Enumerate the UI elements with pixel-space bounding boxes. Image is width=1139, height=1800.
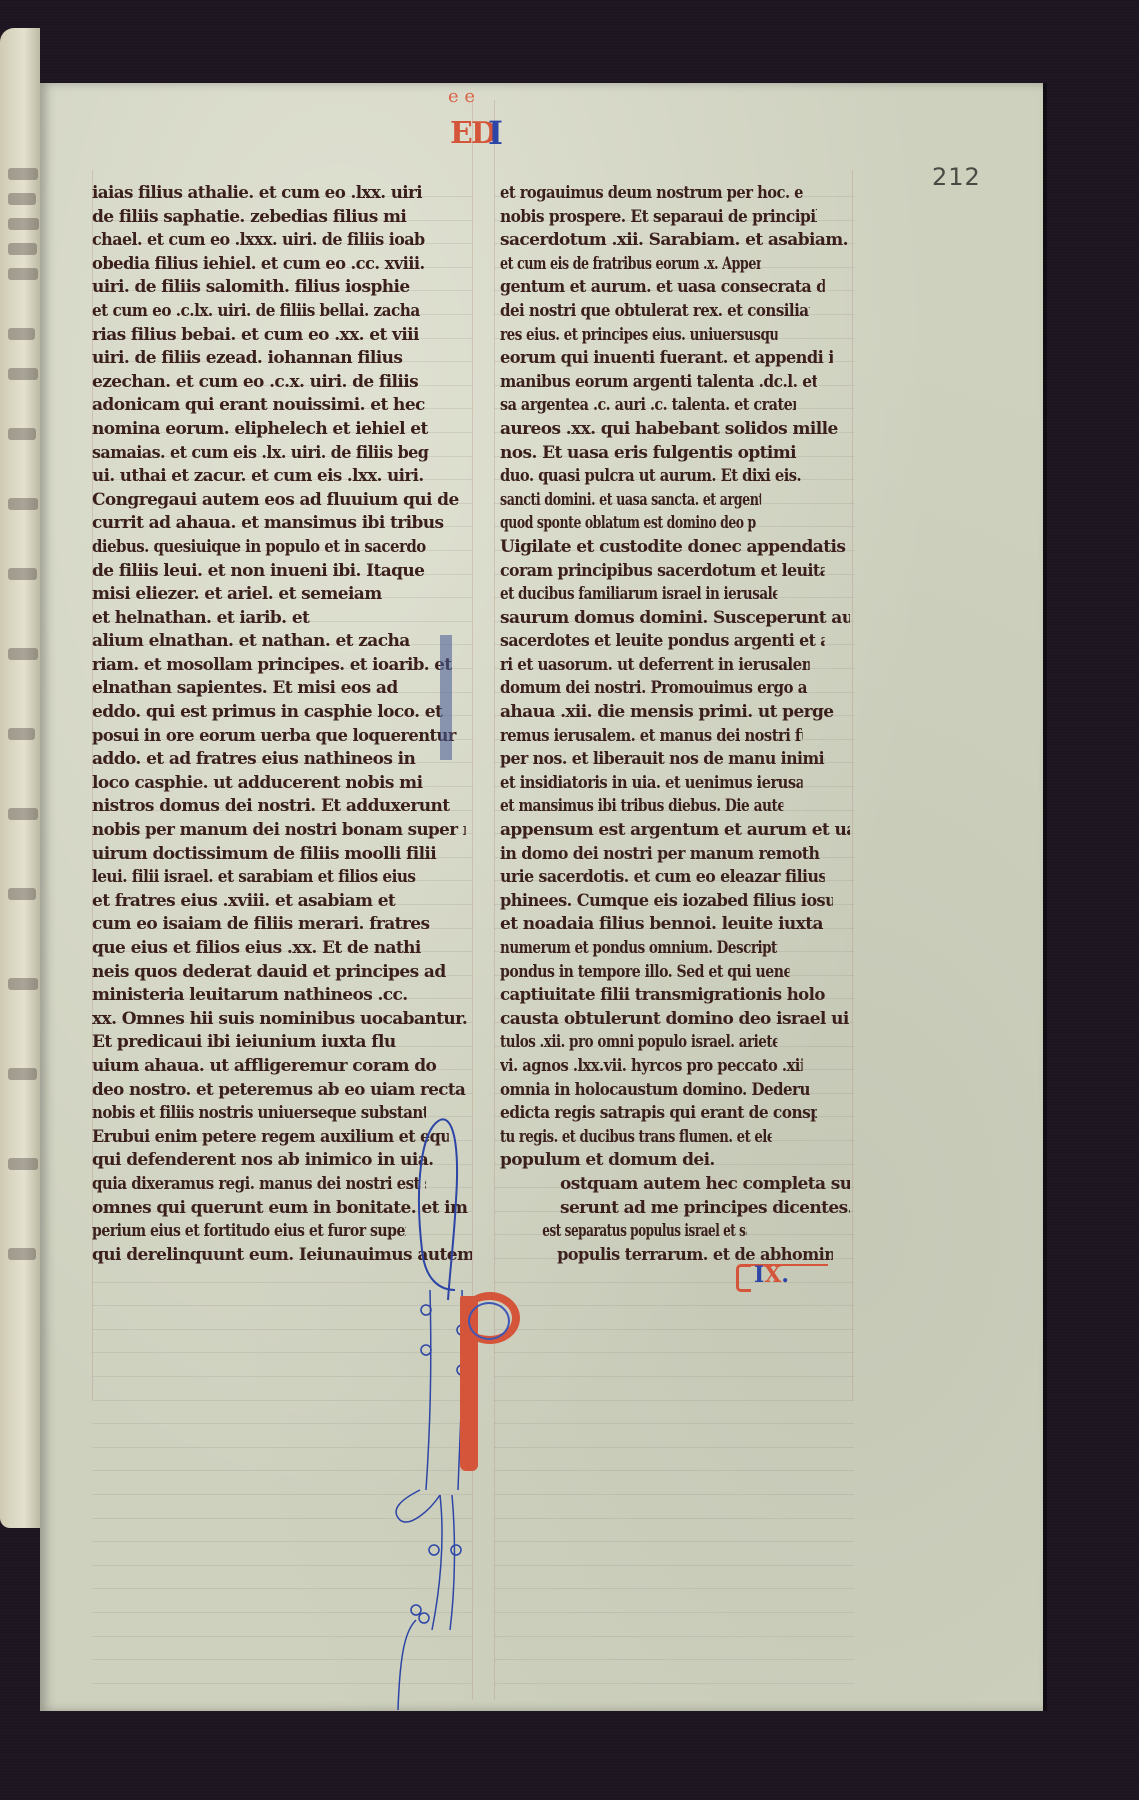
text-line: captiuitate filii transmigrationis holo [500, 984, 841, 1008]
text-line: nistros domus dei nostri. Et adduxerunt [92, 795, 472, 819]
text-line: ui. uthai et zacur. et cum eis .lxx. uir… [92, 465, 466, 489]
text-line: quod sponte oblatum est domino deo patru… [500, 512, 756, 536]
text-line: perium eius et fortitudo eius et furor s… [92, 1220, 406, 1244]
text-line: domum dei nostri. Promouimus ergo a flum… [500, 677, 810, 701]
text-line: causta obtulerunt domino deo israel ui [500, 1008, 850, 1032]
text-line: alium elnathan. et nathan. et zacha [92, 630, 472, 654]
text-line: chael. et cum eo .lxxx. uiri. de filiis … [92, 229, 449, 253]
text-line: nomina eorum. eliphelech et iehiel et [92, 418, 472, 442]
text-line: sancti domini. et uasa sancta. et argent… [500, 489, 761, 513]
text-line: numerum et pondus omnium. Descriptumque … [500, 937, 777, 961]
text-line: vi. agnos .lxx.vii. hyrcos pro peccato .… [500, 1055, 803, 1079]
text-line: leui. filii israel. et sarabiam et filio… [92, 866, 433, 890]
text-line: elnathan sapientes. Et misi eos ad [92, 677, 472, 701]
ruling-horizontal [494, 1447, 854, 1448]
text-line: coram principibus sacerdotum et leuitaru… [500, 560, 825, 584]
text-line: cum eo isaiam de filiis merari. fratres [92, 913, 472, 937]
text-line: adonicam qui erant nouissimi. et hec [92, 394, 472, 418]
blue-paragraph-bar [440, 635, 452, 760]
text-line: et cum eo .c.lx. uiri. de filiis bellai.… [92, 300, 433, 324]
text-line: saurum domus domini. Susceperunt autem [500, 607, 850, 631]
text-line: ezechan. et cum eo .c.x. uiri. de filiis [92, 371, 472, 395]
text-line: res eius. et principes eius. uniuersusqu… [500, 324, 777, 348]
text-line: xx. Omnes hii suis nominibus uocabantur. [92, 1008, 472, 1032]
text-line: samaias. et cum eis .lx. uiri. de filiis… [92, 442, 449, 466]
text-line: ministeria leuitarum nathineos .cc. [92, 984, 472, 1008]
text-line: misi eliezer. et ariel. et semeiam [92, 583, 472, 607]
text-line: gentum et aurum. et uasa consecrata domu… [500, 276, 825, 300]
ruling-horizontal [494, 1352, 854, 1353]
text-line: manibus eorum argenti talenta .dc.l. et … [500, 371, 817, 395]
text-line: obedia filius iehiel. et cum eo .cc. xvi… [92, 253, 457, 277]
text-line: et cum eis de fratribus eorum .x. Append… [500, 253, 761, 277]
text-line: et rogauimus deum nostrum per hoc. et eu… [500, 182, 803, 206]
ruling-horizontal [494, 1329, 854, 1330]
text-line: in domo dei nostri per manum remoth fili… [500, 843, 825, 867]
ruling-horizontal [494, 1659, 854, 1660]
text-line: nobis per manum dei nostri bonam super n… [92, 819, 466, 843]
text-line: uirum doctissimum de filiis moolli filii [92, 843, 472, 867]
ruling-horizontal [494, 1683, 854, 1684]
running-head-superscript: e e [448, 86, 475, 107]
text-line: appensum est argentum et aurum et uasa [500, 819, 850, 843]
text-line: posui in ore eorum uerba que loquerentur… [92, 725, 457, 749]
chapter-number-marker: IX. [736, 1262, 848, 1288]
text-line: per nos. et liberauit nos de manu inimic… [500, 748, 825, 772]
text-line: currit ad ahaua. et mansimus ibi tribus [92, 512, 472, 536]
text-line: populum et domum dei. [500, 1149, 850, 1173]
text-line: iaias filius athalie. et cum eo .lxx. ui… [92, 182, 466, 206]
text-line: rias filius bebai. et cum eo .xx. et vii… [92, 324, 472, 348]
text-line: nobis prospere. Et separaui de principib… [500, 206, 817, 230]
text-line: addo. et ad fratres eius nathineos in [92, 748, 472, 772]
ruling-horizontal [494, 1376, 854, 1377]
text-line: et helnathan. et iarib. et [92, 607, 472, 631]
ruling-vertical [852, 170, 853, 1400]
text-line: tulos .xii. pro omni populo israel. arie… [500, 1031, 777, 1055]
decorated-initial-p [448, 1288, 518, 1478]
text-line: riam. et mosollam principes. et ioarib. … [92, 654, 466, 678]
text-line: remus ierusalem. et manus dei nostri fui… [500, 725, 803, 749]
ruling-horizontal [494, 1494, 854, 1495]
running-head-blue: I [488, 114, 503, 152]
right-text-column: et rogauimus deum nostrum per hoc. et eu… [500, 182, 850, 1267]
text-line: de filiis saphatie. zebedias filius mi [92, 206, 472, 230]
text-line: phinees. Cumque eis iozabed filius iosue [500, 890, 833, 914]
text-line: et noadaia filius bennoi. leuite iuxta [500, 913, 850, 937]
text-line: edicta regis satrapis qui erant de consp… [500, 1102, 817, 1126]
text-line: omnia in holocaustum domino. Dederunt au… [500, 1079, 810, 1103]
leaf-edge-shadow [1043, 83, 1047, 1711]
text-line: Uigilate et custodite donec appendatis [500, 536, 850, 560]
text-line: et ducibus familiarum israel in ierusale… [500, 583, 777, 607]
text-line: pondus in tempore illo. Sed et qui uener… [500, 961, 789, 985]
text-line: ostquam autem hec completa sunt. acces [500, 1173, 850, 1197]
ruling-horizontal [494, 1305, 854, 1306]
ruling-horizontal [494, 1612, 854, 1613]
running-head: e e ED I [420, 84, 540, 144]
text-line: sa argentea .c. auri .c. talenta. et cra… [500, 394, 796, 418]
text-line: et fratres eius .xviii. et asabiam et [92, 890, 472, 914]
text-line: deo nostro. et peteremus ab eo uiam rect… [92, 1079, 466, 1103]
text-line: ahaua .xii. die mensis primi. ut perge [500, 701, 850, 725]
rubric-bracket [736, 1264, 751, 1292]
chapter-number: IX. [754, 1262, 789, 1288]
text-line: uium ahaua. ut affligeremur coram do [92, 1055, 472, 1079]
ruling-horizontal [494, 1518, 854, 1519]
text-line: loco casphie. ut adducerent nobis mi [92, 772, 472, 796]
ruling-horizontal [494, 1588, 854, 1589]
text-line: ri et uasorum. ut deferrent in ierusalem… [500, 654, 810, 678]
text-line: est separatus populus israel et sacerdot… [500, 1220, 747, 1244]
left-text-column: iaias filius athalie. et cum eo .lxx. ui… [92, 182, 472, 1267]
previous-leaf-edge [0, 28, 40, 1528]
text-line: uiri. de filiis ezead. iohannan filius [92, 347, 472, 371]
text-line: tu regis. et ducibus trans flumen. et el… [500, 1126, 772, 1150]
ruling-horizontal [494, 1423, 854, 1424]
text-line: que eius et filios eius .xx. Et de nathi [92, 937, 472, 961]
text-line: nos. Et uasa eris fulgentis optimi [500, 442, 850, 466]
text-line: de filiis leui. et non inueni ibi. Itaqu… [92, 560, 472, 584]
text-line: et mansimus ibi tribus diebus. Die autem… [500, 795, 783, 819]
text-line: sacerdotum .xii. Sarabiam. et asabiam. [500, 229, 850, 253]
text-line: diebus. quesiuique in populo et in sacer… [92, 536, 426, 560]
ruling-horizontal [494, 1470, 854, 1471]
ruling-horizontal [494, 1565, 854, 1566]
ruling-horizontal [494, 1400, 854, 1401]
text-line: eorum qui inuenti fuerant. et appendi in [500, 347, 833, 371]
ruling-horizontal [494, 1541, 854, 1542]
text-line: eddo. qui est primus in casphie loco. et [92, 701, 472, 725]
text-line: Congregaui autem eos ad fluuium qui de [92, 489, 472, 513]
text-line: duo. quasi pulcra ut aurum. Et dixi eis.… [500, 465, 803, 489]
text-line: et insidiatoris in uia. et uenimus ierus… [500, 772, 803, 796]
text-line: Et predicaui ibi ieiunium iuxta flu [92, 1031, 472, 1055]
text-line: sacerdotes et leuite pondus argenti et a… [500, 630, 825, 654]
text-line: neis quos dederat dauid et principes ad [92, 961, 472, 985]
text-line: aureos .xx. qui habebant solidos mille [500, 418, 850, 442]
text-line: dei nostri que obtulerat rex. et consili… [500, 300, 810, 324]
text-line: urie sacerdotis. et cum eo eleazar filiu… [500, 866, 825, 890]
folio-number: 212 [932, 163, 981, 191]
text-line: uiri. de filiis salomith. filius iosphie [92, 276, 472, 300]
ruling-horizontal [494, 1636, 854, 1637]
initial-penwork [468, 1302, 510, 1340]
text-line: serunt ad me principes dicentes. Non [500, 1197, 850, 1221]
